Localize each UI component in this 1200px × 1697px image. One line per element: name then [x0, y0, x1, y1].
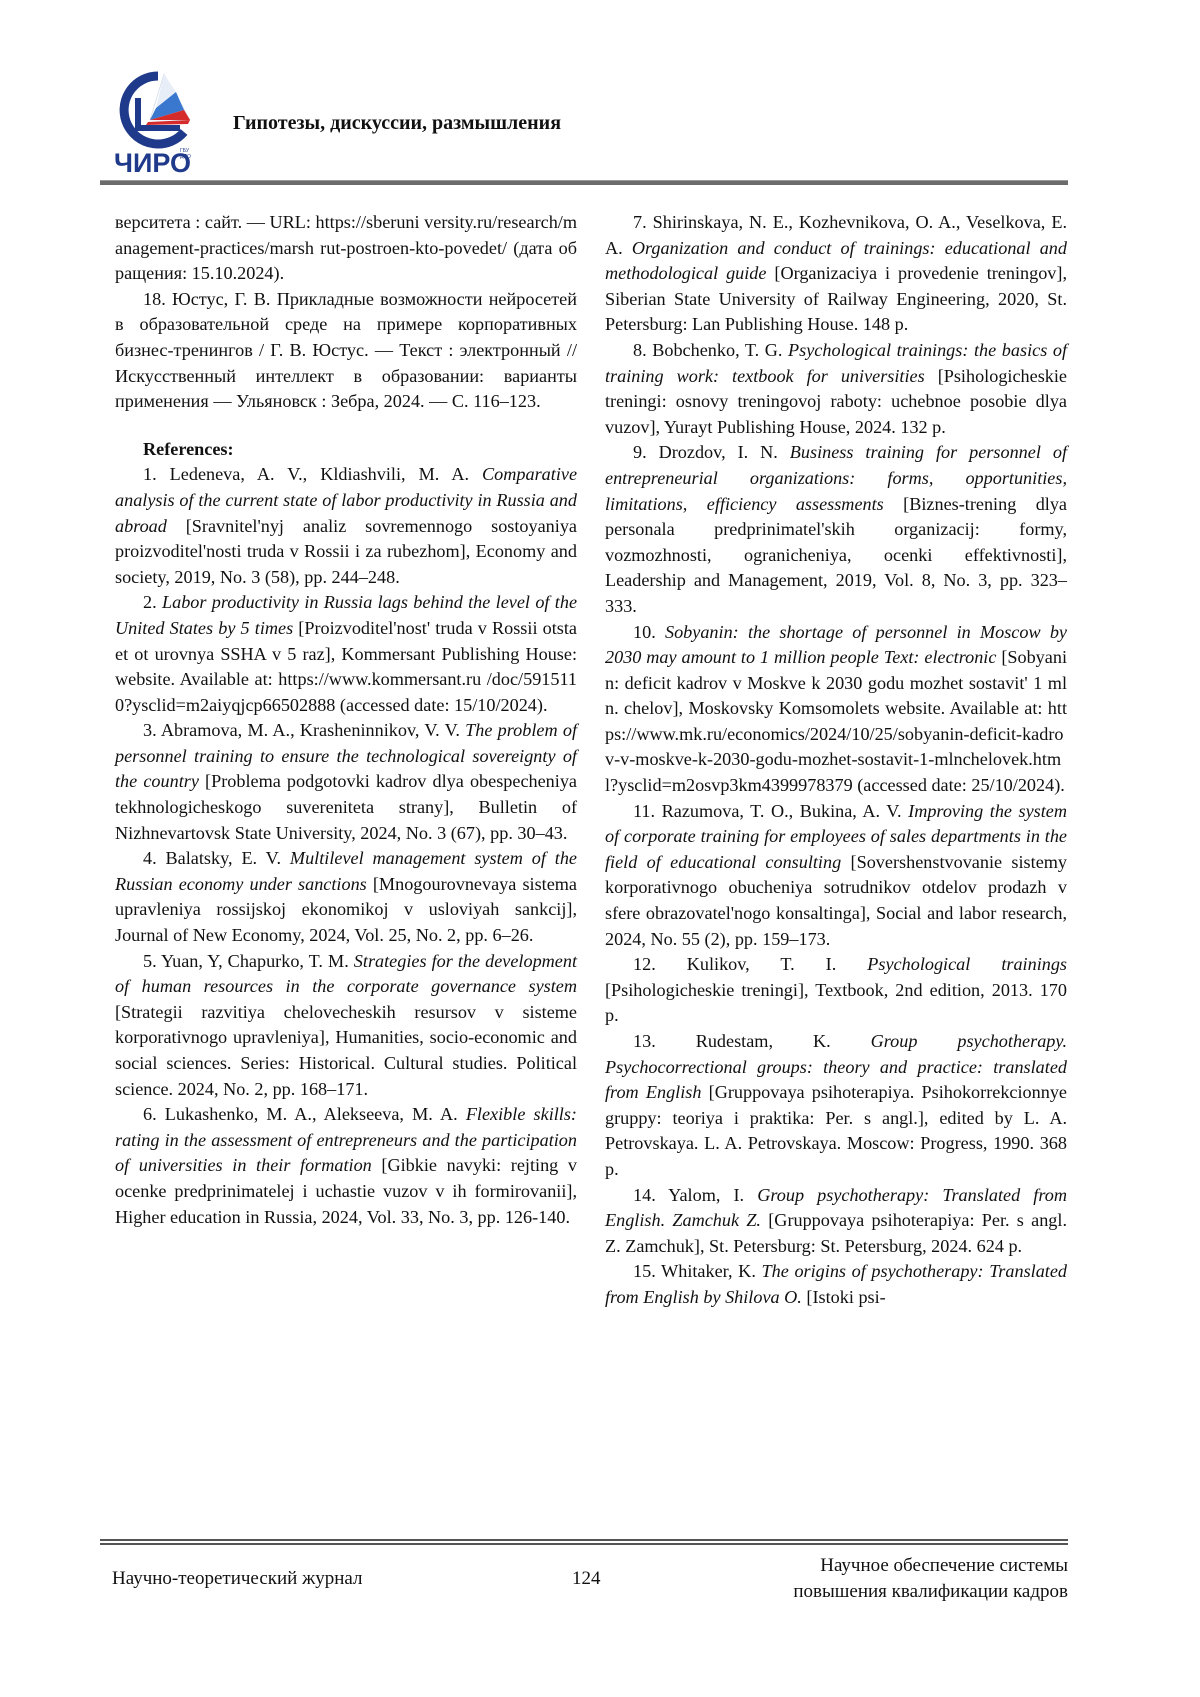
footer-journal-name: Научное обеспечение системы повышения кв…: [793, 1553, 1068, 1605]
reference-item: 15. Whitaker, K. The origins of psychoth…: [605, 1259, 1067, 1310]
section-title: Гипотезы, дискуссии, размышления: [233, 112, 561, 135]
reference-item: 8. Bobchenko, T. G. Psychological traini…: [605, 338, 1067, 440]
reference-item: 6. Lukashenko, M. A., Alekseeva, M. A. F…: [115, 1102, 577, 1230]
reference-item: 13. Rudestam, K. Group psychotherapy. Ps…: [605, 1029, 1067, 1183]
page-header: ГБУ ДПО ЧИРО Гипотезы, дискуссии, размыш…: [100, 62, 1068, 182]
reference-item: 10. Sobyanin: the shortage of personnel …: [605, 620, 1067, 799]
reference-item: 7. Shirinskaya, N. E., Kozhevnikova, O. …: [605, 210, 1067, 338]
chiro-logo: ГБУ ДПО ЧИРО: [114, 70, 196, 174]
logo-emblem-icon: [114, 70, 196, 150]
continued-reference: версите­та : сайт. — URL: https://sberun…: [115, 210, 577, 287]
reference-item: 4. Balatsky, E. V. Multilevel management…: [115, 846, 577, 948]
reference-item: 5. Yuan, Y, Chapurko, T. M. Strategies f…: [115, 949, 577, 1103]
footer-journal-type: Научно-теоретический журнал: [112, 1568, 362, 1590]
header-divider: [100, 180, 1068, 185]
footer-divider: [100, 1539, 1068, 1545]
logo-wordmark: ЧИРО: [114, 148, 214, 179]
reference-item: 9. Drozdov, I. N. Business training for …: [605, 440, 1067, 619]
references-heading: References:: [115, 437, 577, 463]
reference-item: 1. Ledeneva, A. V., Kldiashvili, M. A. C…: [115, 462, 577, 590]
footer-journal-name-line1: Научное обеспечение системы: [793, 1553, 1068, 1579]
left-column: версите­та : сайт. — URL: https://sberun…: [115, 210, 577, 1230]
footer-journal-name-line2: повышения квалификации кадров: [793, 1579, 1068, 1605]
right-column: 7. Shirinskaya, N. E., Kozhevnikova, O. …: [605, 210, 1067, 1311]
reference-item: 12. Kulikov, T. I. Psychological trainin…: [605, 952, 1067, 1029]
reference-item: 3. Abramova, M. A., Krasheninnikov, V. V…: [115, 718, 577, 846]
reference-item: 11. Razumova, T. O., Bukina, A. V. Impro…: [605, 799, 1067, 953]
reference-item: 2. Labor productivity in Russia lags beh…: [115, 590, 577, 718]
page-number: 124: [572, 1568, 601, 1590]
reference-18: 18. Юстус, Г. В. Прикладные возможности …: [115, 287, 577, 415]
reference-item: 14. Yalom, I. Group psychotherapy: Trans…: [605, 1183, 1067, 1260]
